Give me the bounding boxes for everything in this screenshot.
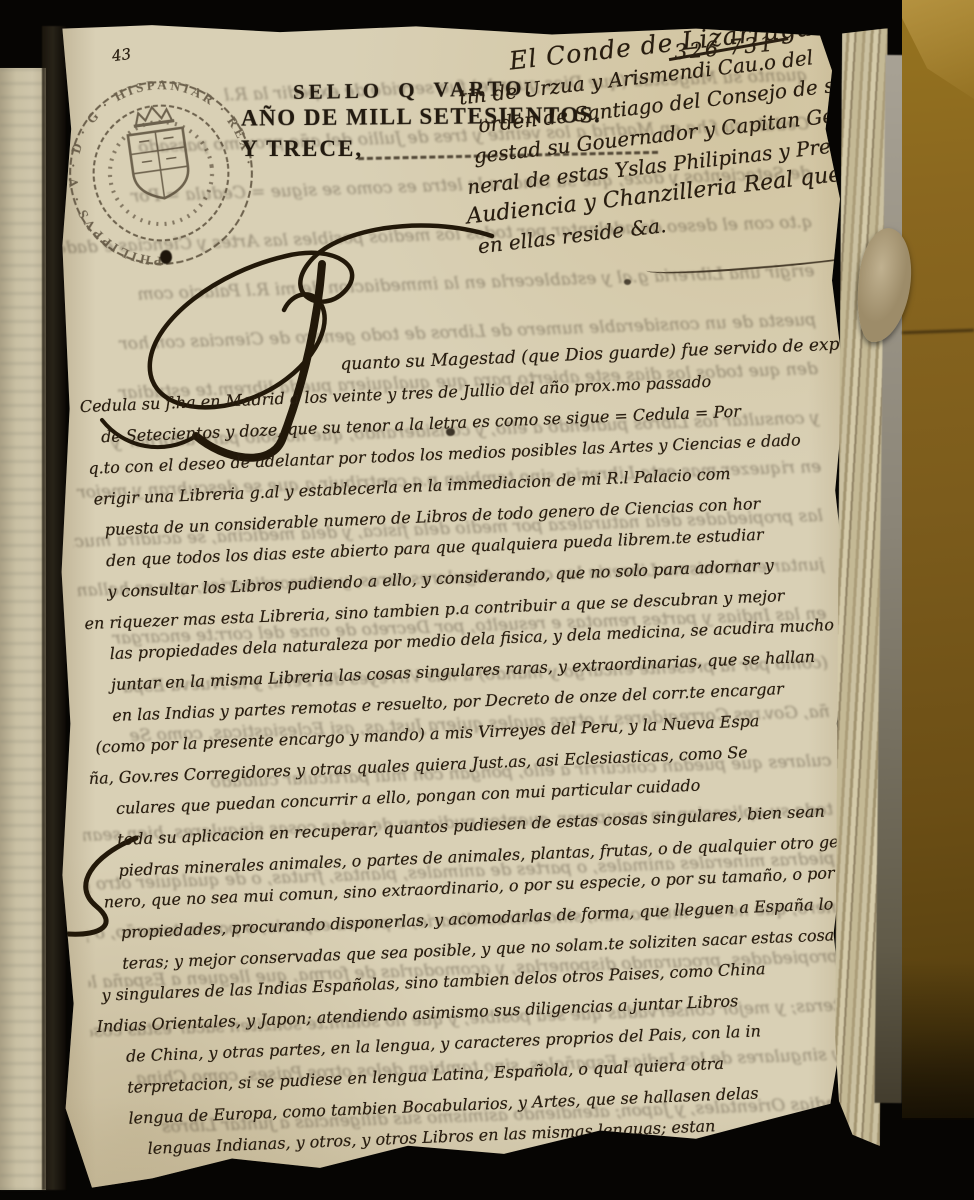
binding-gutter-shadow	[42, 26, 66, 1190]
ink-blot	[446, 428, 455, 436]
end-flourish	[521, 1142, 751, 1184]
ink-blot	[160, 250, 172, 264]
corner-mark: 43	[111, 45, 132, 65]
vellum-shadow	[902, 960, 974, 1120]
manuscript-page: quanto su Magestad (que Dios guarde) fue…	[56, 24, 856, 1190]
facing-page-edge	[0, 68, 46, 1190]
printed-heading-trece: Y TRECE,	[241, 136, 363, 162]
manuscript-photo: quanto su Magestad (que Dios guarde) fue…	[0, 0, 974, 1200]
body-text-block: quanto su Magestad (que Dios guarde) fue…	[82, 329, 894, 1166]
ink-blot	[624, 279, 631, 285]
vellum-binding	[902, 0, 974, 1118]
